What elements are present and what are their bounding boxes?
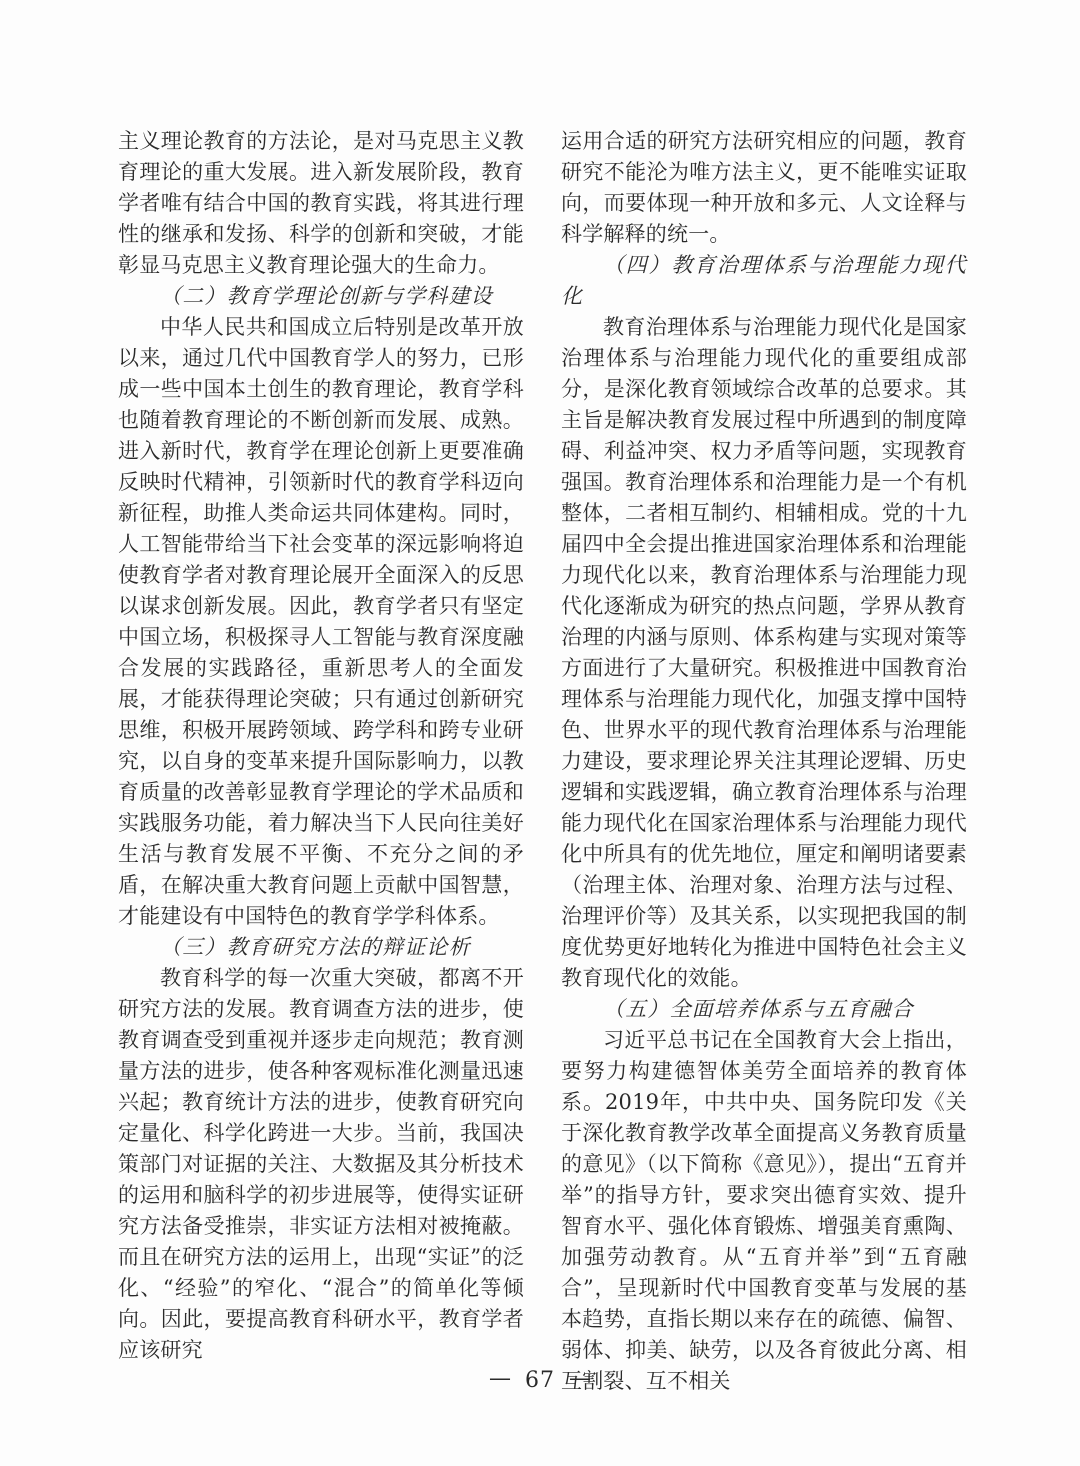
paragraph: 习近平总书记在全国教育大会上指出，要努力构建德智体美劳全面培养的教育体系。201… bbox=[561, 1025, 967, 1397]
paragraph: 教育治理体系与治理能力现代化是国家治理体系与治理能力现代化的重要组成部分，是深化… bbox=[561, 312, 967, 994]
section-heading: （二）教育学理论创新与学科建设 bbox=[118, 281, 524, 312]
left-column: 主义理论教育的方法论，是对马克思主义教育理论的重大发展。进入新发展阶段，教育学者… bbox=[118, 126, 524, 1397]
paragraph: 主义理论教育的方法论，是对马克思主义教育理论的重大发展。进入新发展阶段，教育学者… bbox=[118, 126, 524, 281]
two-column-layout: 主义理论教育的方法论，是对马克思主义教育理论的重大发展。进入新发展阶段，教育学者… bbox=[118, 126, 967, 1397]
page-number: 67 bbox=[525, 1366, 555, 1396]
section-heading: （三）教育研究方法的辩证论析 bbox=[118, 932, 524, 963]
section-heading: （四）教育治理体系与治理能力现代化 bbox=[561, 250, 967, 312]
document-page: 主义理论教育的方法论，是对马克思主义教育理论的重大发展。进入新发展阶段，教育学者… bbox=[0, 0, 1080, 1466]
page-footer: —67— bbox=[0, 1366, 1080, 1396]
right-column: 运用合适的研究方法研究相应的问题，教育研究不能沦为唯方法主义，更不能唯实证取向，… bbox=[561, 126, 967, 1397]
section-heading: （五）全面培养体系与五育融合 bbox=[561, 994, 967, 1025]
paragraph: 教育科学的每一次重大突破，都离不开研究方法的发展。教育调查方法的进步，使教育调查… bbox=[118, 963, 524, 1366]
paragraph: 运用合适的研究方法研究相应的问题，教育研究不能沦为唯方法主义，更不能唯实证取向，… bbox=[561, 126, 967, 250]
footer-dash-right: — bbox=[569, 1364, 591, 1394]
footer-dash-left: — bbox=[489, 1364, 511, 1394]
paragraph: 中华人民共和国成立后特别是改革开放以来，通过几代中国教育学人的努力，已形成一些中… bbox=[118, 312, 524, 932]
